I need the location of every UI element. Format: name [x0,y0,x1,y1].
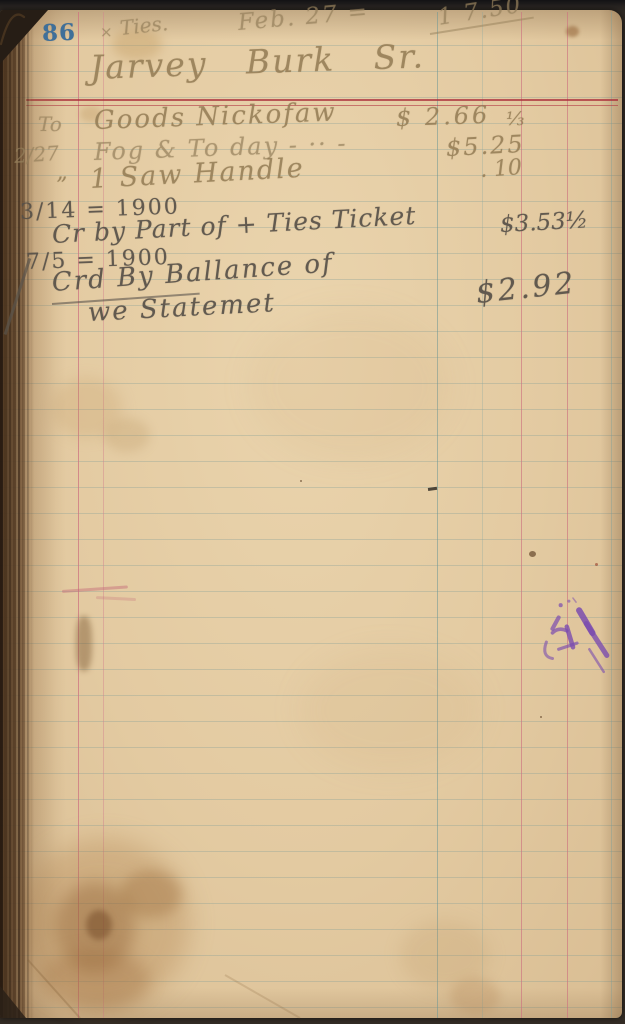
entry1-amount: $ 2.66 [396,101,491,132]
paper-stain [250,310,450,460]
entry1-fraction: ⅓ [506,108,524,130]
ink-dot [540,716,542,718]
memo-date: Feb. 27 = [237,0,370,36]
paper-stain [55,882,135,972]
ink-dot [300,480,302,482]
entry1-date: To [38,112,62,136]
memo-item: Ties. [119,11,169,40]
entry3-amount: . 10 [479,155,523,183]
red-margin-line [78,12,79,1018]
ink-dot [529,551,536,557]
pink-smudge-mark [62,585,128,593]
entry3-ditto-mark: ” [56,174,67,199]
column-line-teal-1 [437,12,438,1018]
pencil-dash-mark [428,487,437,491]
ledger-page: 86 × Ties. Feb. 27 = 1 7.50 Jarvey Burk … [0,10,622,1018]
pen-flourish-mark [0,2,28,48]
pink-smudge-mark [96,596,136,601]
paper-stain [86,910,112,940]
ink-dot [595,563,598,566]
purple-ink-stamp [538,596,610,680]
paper-stain [300,650,480,770]
crease-lines [0,10,622,1018]
ledger-title: Jarvey Burk Sr. [89,36,425,87]
paper-stain [120,870,182,918]
paper-stain [104,418,150,452]
pencil2-text-line2: we Statemet [87,288,276,328]
entry2-date: 2/27 [13,141,59,168]
paper-stain [400,920,490,990]
column-line-pink-2 [567,12,568,1018]
paper-stain [450,978,500,1014]
column-line-teal-3 [611,12,612,1018]
pencil1-amount: $3.53½ [499,207,588,238]
page-number: 86 [42,19,77,47]
memo-mark: × [100,23,113,41]
pencil2-amount: $2.92 [474,266,578,311]
